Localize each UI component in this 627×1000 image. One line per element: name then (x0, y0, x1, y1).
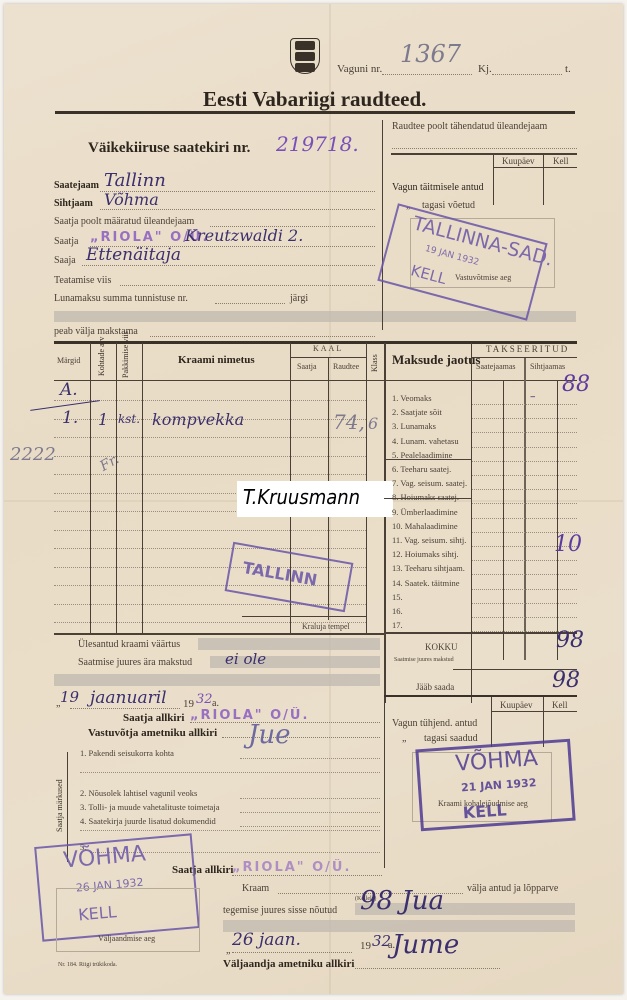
row-line (54, 400, 366, 401)
box-rule (491, 711, 577, 712)
collected-signature: 98 Jua (360, 886, 444, 916)
col-divider (384, 343, 386, 703)
kj-line (492, 74, 562, 75)
lunamaks-label: Lunamaksu summa tunnistuse nr. (54, 293, 188, 304)
send-day: 19 (60, 688, 79, 706)
row-line (54, 437, 366, 438)
note-line (240, 812, 380, 813)
signature-line (355, 968, 500, 969)
row-weight-rail: 74, (333, 410, 365, 434)
issuer-signature-label: Väljaandja ametniku allkiri (223, 958, 354, 970)
field-value-sihtjaam: Võhma (104, 190, 159, 209)
issued-label: välja antud ja lõpparve (467, 883, 558, 894)
unload-row2: tagasi saadud (424, 733, 478, 744)
kraam-label: Kraam (242, 883, 269, 894)
stamp-caption: Kraluja tempel (302, 622, 350, 631)
fee-hoiumaks-dest: 10 (554, 532, 582, 557)
fee-item-label: 1. Veomaks (392, 393, 432, 403)
box-divider (491, 697, 492, 747)
paid-at-sending-value: ei ole (225, 650, 266, 668)
kj-label: Kj. (478, 63, 492, 75)
fee-item-label: 15. (392, 592, 403, 602)
field-value-saaja: Ettenäitaja (86, 245, 181, 265)
waybill-number: 219718. (276, 132, 359, 156)
fee-item-label: 17. (392, 620, 403, 630)
fee-item-label: 16. (392, 606, 403, 616)
fees-bottom-rule (384, 695, 577, 697)
row-class: 6 (368, 414, 378, 433)
fee-row-line (472, 461, 577, 462)
col-kuupaev: Kuupäev (502, 156, 535, 166)
fee-item-label: 2. Saatjate sõit (392, 407, 442, 417)
title-rule (55, 111, 575, 114)
wagon-number: 1367 (400, 40, 461, 68)
fee-item-label: 6. Teeharu saatej. (392, 464, 451, 474)
row-marks: 1. (62, 408, 78, 428)
wagon-line (382, 74, 472, 75)
margin-note: 2222 (10, 444, 56, 465)
vohma-arrival-stamp: VÕHMA 21 JAN 1932 KELL (415, 739, 575, 832)
field-line (100, 209, 375, 210)
tariff-heading: TAKSEERITUD (486, 344, 569, 354)
col-divider (116, 343, 117, 633)
peab-line (150, 336, 375, 337)
sender-note-item: 4. Saatekirja juurde lisatud dokumendid (80, 816, 216, 826)
col-sihtjaamas: Sihtjaamas (530, 362, 565, 371)
shaded-bar (54, 674, 380, 686)
field-line (120, 285, 375, 286)
transfer-row2: tagasi võetud (422, 200, 475, 211)
fee-veomaks-origin: – (530, 390, 536, 403)
fees-divider (503, 380, 504, 660)
fee-item-label: 8. Hoiumaks saatej. (392, 492, 459, 502)
transfer-line (392, 148, 577, 149)
fee-row-line (472, 617, 577, 618)
fee-row-line (472, 404, 577, 405)
lunamaks-line (215, 303, 285, 304)
unload-row1: Vagun tühjend. antud (392, 718, 477, 729)
kaal-rule (290, 357, 366, 358)
field-label-saatja: Saatja (54, 236, 78, 247)
transfer-row1: Vagun täitmisele antud (392, 182, 484, 193)
field-value-saatejaam: Tallinn (104, 170, 166, 191)
fee-item-label: 10. Mahalaadimine (392, 521, 458, 531)
header-pakkimise: Pakkimise viis (121, 331, 130, 378)
row-line (54, 474, 366, 475)
field-label-teatamise: Teatamise viis (54, 275, 111, 286)
fee-item-label: 9. Ümberlaadimine (392, 507, 458, 517)
sender-note-item: 3. Tolli- ja muude vahetalituste toimeta… (80, 802, 219, 812)
receiver-signature-label: Vastuvõtja ametniku allkiri (88, 727, 217, 739)
notes-side-label: Saatja märkused (55, 779, 64, 832)
fees-divider (471, 343, 472, 703)
signature-line (232, 875, 382, 876)
transfer-title: Raudtee poolt tähendatud üleandejaam (392, 121, 547, 132)
row-marks: A. (60, 380, 78, 400)
header-kaal: KAAL (313, 344, 343, 353)
field-label-saaja: Saaja (54, 255, 76, 266)
fee-row-line (472, 432, 577, 433)
col-divider (90, 343, 91, 633)
release-date: 26 jaan. (232, 930, 301, 950)
fee-item-label: 12. Hoiumaks sihtj. (392, 549, 459, 559)
row-packing: kst. (118, 412, 140, 426)
sender-note-item: 2. Nõusolek lahtisel vagunil veoks (80, 788, 197, 798)
t-label: t. (565, 63, 571, 75)
issuer-signature: Jume (392, 930, 459, 960)
collected-label: tegemise juures sisse nõutud (223, 905, 337, 916)
send-month: jaanuaril (90, 688, 167, 708)
total-label: KOKKU (425, 642, 458, 652)
header-kraami: Kraami nimetus (178, 354, 255, 366)
col-saatejaamas: Saatejaamas (476, 362, 516, 371)
row-line (54, 530, 366, 531)
declared-label: Ülesantud kraami väärtus (78, 639, 180, 650)
header-saatja: Saatja (297, 362, 317, 371)
overlay-signature: T.Kruusmann (237, 481, 393, 517)
lunamaks-suffix: järgi (290, 293, 308, 304)
box-rule (391, 153, 577, 155)
note-line (80, 772, 380, 773)
fee-row-line (472, 418, 577, 419)
fees-rule (471, 357, 577, 358)
release-stamp-caption: Väljaandmise aeg (98, 934, 155, 943)
section-divider (384, 703, 385, 868)
unload-col-kuupaev: Kuupäev (500, 700, 533, 710)
fee-row-line (472, 603, 577, 604)
due-label: Jääb saada (416, 682, 454, 692)
fee-row-line (472, 503, 577, 504)
estonian-coat-of-arms-icon (290, 38, 320, 74)
table-bottom-rule (54, 633, 384, 635)
fee-row-line (472, 589, 577, 590)
row-name: kompvekka (152, 410, 244, 429)
fee-item-label: 5. Pealelaadimine (392, 450, 452, 460)
box-divider (543, 153, 544, 205)
release-year-prefix: 19 (360, 940, 371, 952)
footer-sender-stamp: „RIOLA" O/Ü. (232, 860, 351, 875)
field-label-sihtjaam: Sihtjaam (54, 198, 93, 209)
waybill-heading: Väikekiiruse saatekiri nr. (88, 140, 250, 157)
col-kell: Kell (553, 156, 569, 166)
note-line (80, 830, 380, 831)
printer-imprint: Nr. 184. Riigi trükikoda. (58, 962, 117, 968)
fee-row-line (472, 560, 577, 561)
due-value: 98 (552, 668, 580, 693)
wagon-label: Vaguni nr. (337, 63, 382, 75)
paid-at-sending-label: Saatmise juures ära makstud (78, 657, 192, 668)
row-line (54, 548, 366, 549)
header-margid: Märgid (57, 356, 80, 365)
sender-address: Kreutzwaldi 2. (185, 226, 303, 245)
fees-heading: Maksude jaotus (392, 352, 481, 368)
box-border (382, 120, 385, 330)
box-rule (493, 167, 577, 168)
fee-item-label: 14. Saatek. täitmine (392, 578, 460, 588)
fees-total-rule (384, 632, 577, 634)
date-line (232, 952, 352, 953)
sender-signature-label: Saatja allkiri (123, 712, 184, 724)
row-count: 1 (98, 410, 108, 429)
total-value: 98 (556, 628, 584, 653)
fee-item-label: 11. Vag. seisum. sihtj. (392, 535, 466, 545)
shaded-bar (198, 638, 380, 650)
note-line (240, 826, 380, 827)
signature-line (222, 737, 380, 738)
fee-row-line (472, 574, 577, 575)
header-kohtade: Kohtade arv (97, 337, 106, 376)
fee-item-label: 7. Vag. seisum. saatej. (392, 478, 467, 488)
note-line (240, 798, 380, 799)
field-line (82, 265, 375, 266)
table-header-rule (54, 380, 577, 381)
fee-row-line (472, 518, 577, 519)
fee-item-label: 13. Teeharu sihtjaam. (392, 563, 465, 573)
field-label-saatejaam: Saatejaam (54, 180, 99, 191)
header-raudtee: Raudtee (333, 362, 359, 371)
fee-row-line (472, 447, 577, 448)
fee-row-line (472, 475, 577, 476)
fee-veomaks-dest: 88 (562, 372, 590, 397)
header-klass: Klass (370, 354, 379, 372)
fee-item-label: 4. Lunam. vahetasu (392, 436, 459, 446)
fee-item-label: 3. Lunamaks (392, 421, 436, 431)
fee-row-line (472, 489, 577, 490)
stamp-box-rule (242, 616, 366, 617)
col-divider (142, 343, 143, 633)
paid-label: Saatmise juures makstud (394, 657, 454, 663)
box-divider (493, 153, 494, 205)
field-label-uleandejaam: Saatja poolt määratud üleandejaam (54, 216, 194, 227)
fees-divider (557, 380, 558, 660)
receiver-signature: Jue (248, 720, 291, 750)
quote-open: „ (226, 945, 230, 956)
page-title: Eesti Vabariigi raudteed. (203, 87, 426, 112)
row-line (54, 456, 366, 457)
unload-col-kell: Kell (552, 700, 568, 710)
send-year-suffix: 32 (196, 692, 213, 707)
note-line (240, 758, 380, 759)
date-line (70, 708, 180, 709)
unload-row2-prefix: „ (402, 733, 406, 744)
sender-note-item: 1. Pakendi seisukorra kohta (80, 748, 174, 758)
